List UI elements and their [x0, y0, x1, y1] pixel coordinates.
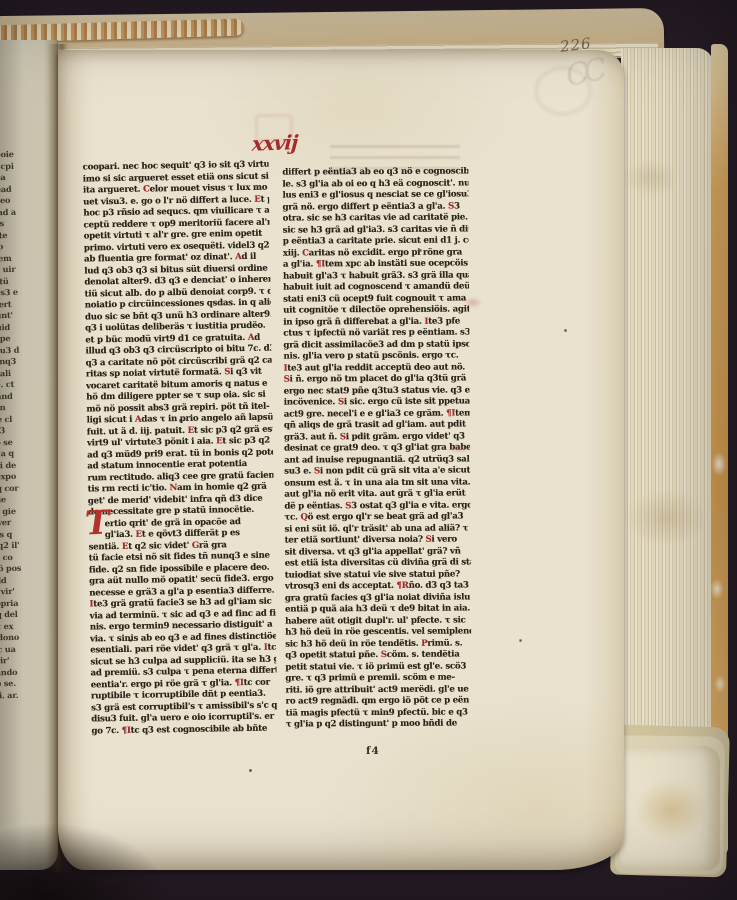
red-ink-smudge [446, 444, 472, 453]
text-show-through [330, 145, 460, 169]
quire-signature: f4 [366, 745, 380, 757]
text-line: τ gl'ia p q2 distingunt' p moo bñdi de [286, 718, 472, 731]
chapter-heading: xxvij [251, 130, 298, 156]
text-column-right: differt p eëntia3 ab eo q3 nö e cognosci… [282, 166, 471, 731]
stain-show-through [534, 66, 592, 116]
red-ink-smudge [464, 297, 482, 308]
book-photograph: m si pro boiefacies aie cpibitus τ opadi… [0, 0, 737, 900]
bottom-gutter-shadow [0, 822, 170, 900]
dust-specks [0, 0, 1, 1]
paper-stain [636, 780, 706, 840]
text-column-left: coopari. nec hoc sequit' q3 io sit q3 vi… [82, 160, 277, 738]
folio-number: 226 [559, 34, 593, 56]
rubricated-initial: T [84, 507, 110, 538]
